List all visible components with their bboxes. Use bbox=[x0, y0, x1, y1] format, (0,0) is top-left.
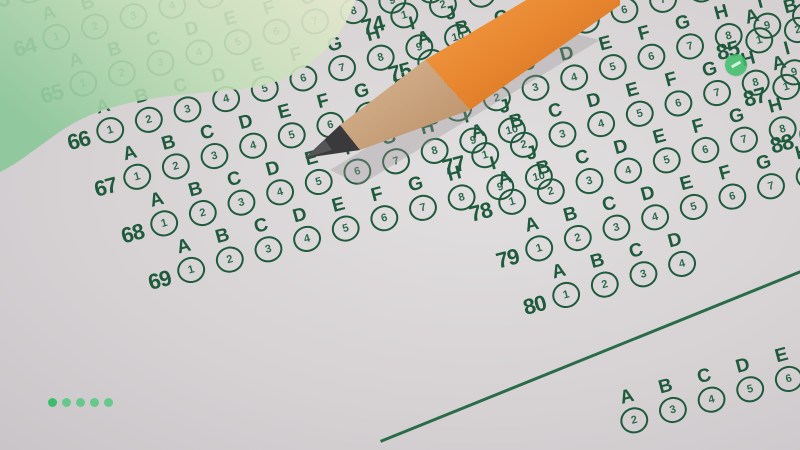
bubble-row: 87 1 2 bbox=[733, 88, 740, 113]
letter-row: A B C D E F bbox=[608, 391, 613, 410]
answer-bubble[interactable]: 6 bbox=[608, 0, 642, 26]
letter-row: A B C D E F G H I J bbox=[30, 8, 35, 27]
letter-row: A B C D E F G H I J bbox=[165, 241, 170, 260]
pagination-dot[interactable] bbox=[76, 398, 85, 407]
bubble-row: 76 1 2 3 4 5 6 7 8 9 10 bbox=[405, 109, 412, 134]
pagination-dot[interactable] bbox=[48, 398, 57, 407]
bubble-row: 74 1 2 3 4 5 6 7 8 9 10 bbox=[351, 16, 358, 41]
pagination-dot[interactable] bbox=[104, 398, 113, 407]
bubble-row: 75 1 2 3 4 5 6 7 8 9 10 bbox=[378, 63, 385, 88]
letter-row: A B C D E F G H I J bbox=[138, 194, 143, 213]
question-number: 68 bbox=[105, 218, 147, 252]
bubble-row: 80 1 2 3 4 bbox=[513, 296, 520, 321]
question-number: 64 bbox=[0, 32, 39, 66]
bubble-row: 79 1 2 3 4 5 6 7 8 9 10 bbox=[486, 249, 493, 274]
pagination-dot[interactable] bbox=[62, 398, 71, 407]
bubble-row: 66 1 2 3 4 5 6 7 8 9 10 bbox=[57, 131, 64, 156]
bubble-row: 2 3 4 5 6 bbox=[581, 421, 588, 446]
question-number: 80 bbox=[507, 290, 549, 324]
question-number: 79 bbox=[480, 243, 522, 277]
question-number: 63 bbox=[0, 0, 12, 20]
bubble-row: 88 1 bbox=[760, 134, 767, 159]
question-number: 69 bbox=[132, 265, 174, 299]
answer-sheet: A B C D E F G H I J 63 1 2 3 4 5 bbox=[0, 0, 800, 450]
bubble-row: 68 1 2 3 4 5 6 7 8 9 10 bbox=[111, 224, 118, 249]
pagination-dot[interactable] bbox=[90, 398, 99, 407]
bubble-row: 64 1 2 3 4 5 6 7 8 9 10 bbox=[3, 38, 10, 63]
bubble-row: 85 1 2 bbox=[706, 41, 713, 66]
question-number: 67 bbox=[78, 172, 120, 206]
slider-pagination bbox=[48, 398, 113, 408]
letter-row: A B C D E F G H I J bbox=[513, 219, 518, 238]
hero-slide: A B C D E F G H I J 63 1 2 3 4 5 bbox=[0, 0, 800, 450]
bubble-row: 78 1 2 3 4 5 6 7 8 9 10 bbox=[459, 203, 466, 228]
answer-bubble[interactable]: 4 bbox=[155, 0, 189, 22]
letter-row: A B C D E F G H I J bbox=[57, 54, 62, 73]
bubble-row: 69 1 2 3 4 5 6 7 8 9 10 bbox=[138, 271, 145, 296]
letter-row: A B C D E F G H I J bbox=[111, 148, 116, 167]
bubble-row: 65 1 2 3 4 5 6 7 8 9 10 bbox=[30, 84, 37, 109]
bubble-row: 67 1 2 3 4 5 6 7 8 9 10 bbox=[84, 178, 91, 203]
bubble-row: 77 1 2 3 4 5 6 7 8 9 10 bbox=[432, 156, 439, 181]
letter-row: A B C D E F G H I J bbox=[84, 101, 89, 120]
question-number: 66 bbox=[51, 125, 93, 159]
question-number: 65 bbox=[24, 79, 66, 113]
share-arrow-icon[interactable] bbox=[725, 54, 747, 76]
letter-row: A B C D bbox=[540, 266, 545, 285]
